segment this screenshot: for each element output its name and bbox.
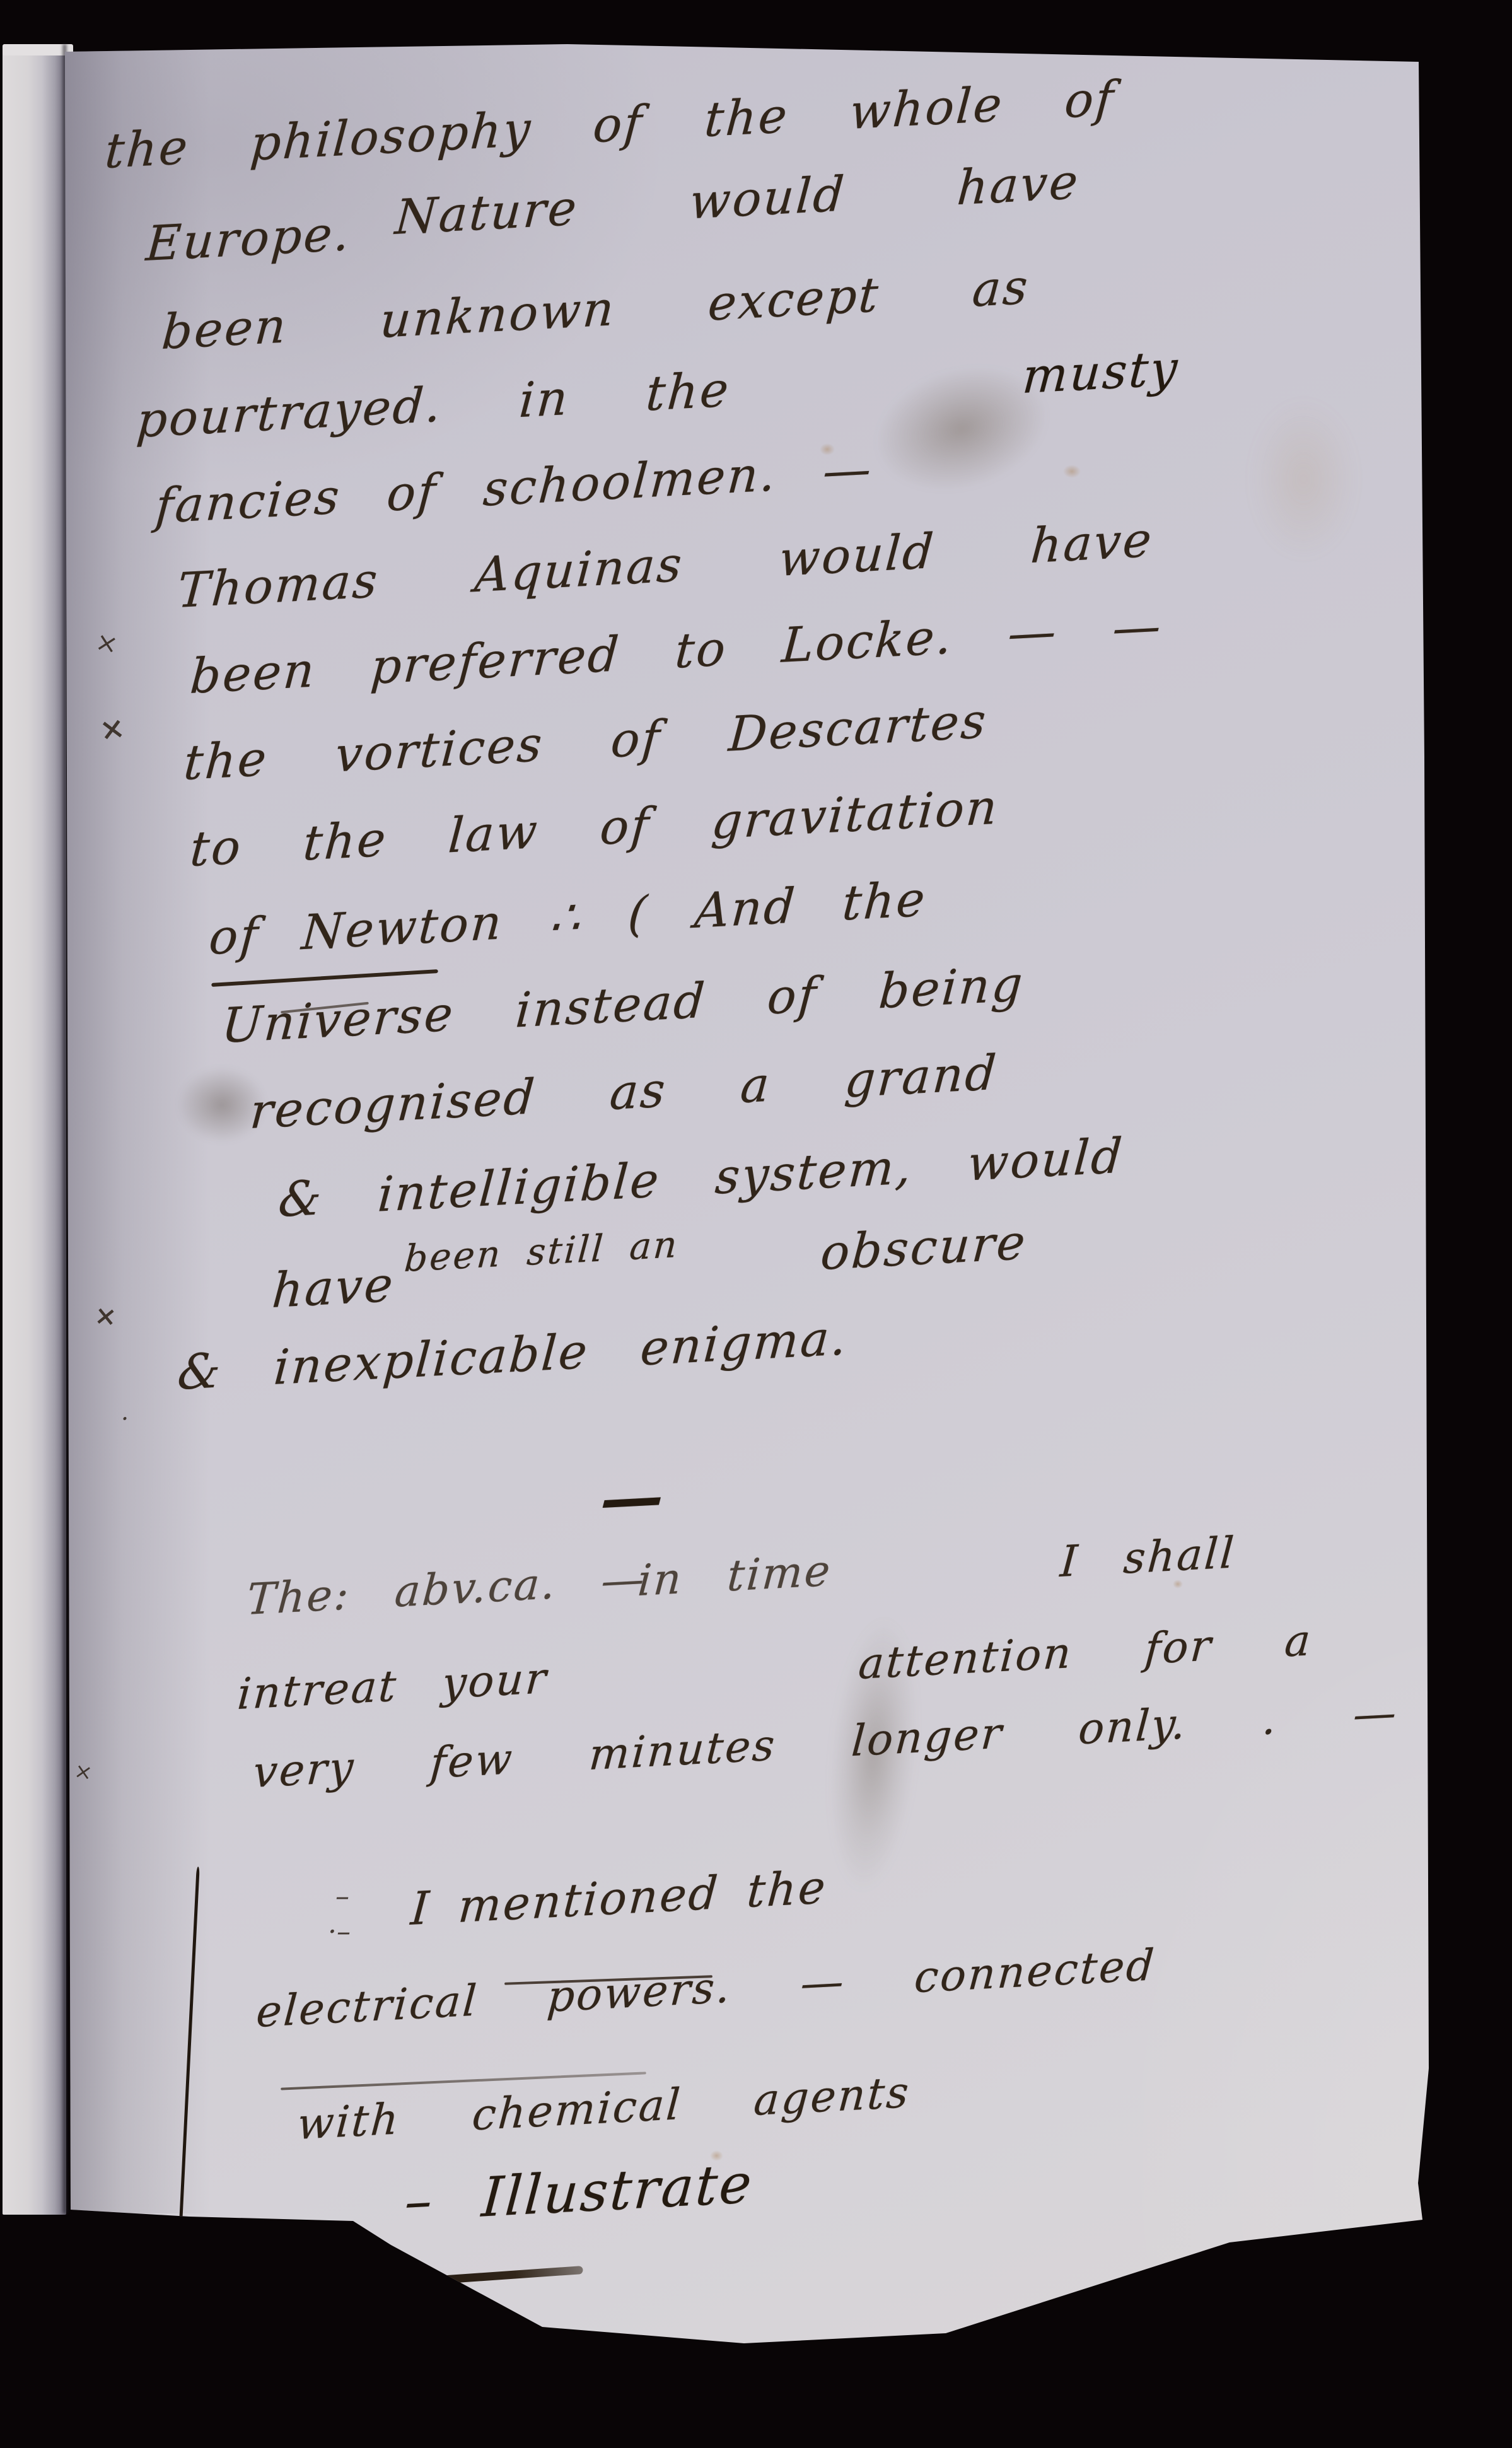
section-dash: — [598, 1458, 668, 1536]
manuscript-line: & inexplicable enigma. [176, 1309, 850, 1401]
manuscript-line: have [270, 1256, 397, 1319]
manuscript-line: The: abv.ca. — [245, 1554, 648, 1626]
manuscript-line: Europe. [144, 205, 353, 272]
margin-mark: – [335, 1880, 349, 1913]
manuscript-line: fancies of schoolmen. — [154, 440, 875, 534]
manuscript-line: I mentioned the [409, 1860, 829, 1935]
manuscript-line: been preferred to Locke. — — [189, 597, 1165, 704]
manuscript-line: recognised as a grand [248, 1044, 1000, 1140]
manuscript-line: been unknown except as [160, 259, 1032, 361]
manuscript-line: ∴ ( And the [548, 870, 929, 947]
manuscript-line: I shall [1059, 1528, 1237, 1587]
manuscript-line: in time [636, 1546, 834, 1607]
foxing-spot [1435, 907, 1447, 917]
margin-mark: · [121, 1405, 129, 1433]
manuscript-line: intreat your [236, 1653, 550, 1720]
underline-stroke-newton [211, 969, 438, 987]
manuscript-line: Nature would have [393, 153, 1082, 245]
facing-page-edge [3, 44, 66, 2215]
photograph-stage: the philosophy of the whole of Europe. N… [0, 0, 1512, 2448]
manuscript-line: musty [1021, 340, 1181, 404]
foxing-spot [1063, 465, 1081, 478]
manuscript-line: the vortices of Descartes [182, 692, 989, 791]
manuscript-line: with chemical agents [296, 2068, 912, 2150]
paper-stain [1252, 400, 1356, 558]
margin-mark: ·– [328, 1916, 351, 1948]
manuscript-line: of Newton [207, 894, 505, 965]
manuscript-line: to the law of gravitation [189, 778, 1001, 877]
manuscript-line-inserted: been still an [403, 1223, 680, 1280]
manuscript-line: Thomas Aquinas would have [176, 511, 1155, 619]
manuscript-line: pourtrayed. in the [135, 361, 733, 448]
manuscript-line: attention for a [857, 1616, 1314, 1689]
manuscript-line: electrical powers. — connected [255, 1940, 1158, 2037]
manuscript-page: the philosophy of the whole of Europe. N… [0, 0, 1512, 2448]
underline-stroke-illustrate [312, 2266, 583, 2293]
margin-mark: × [97, 709, 127, 748]
manuscript-line: – Illustrate [403, 2152, 756, 2234]
manuscript-line: & intelligible system, would [277, 1127, 1126, 1228]
manuscript-line: obscure [819, 1214, 1029, 1281]
margin-mark: × [93, 1299, 119, 1332]
